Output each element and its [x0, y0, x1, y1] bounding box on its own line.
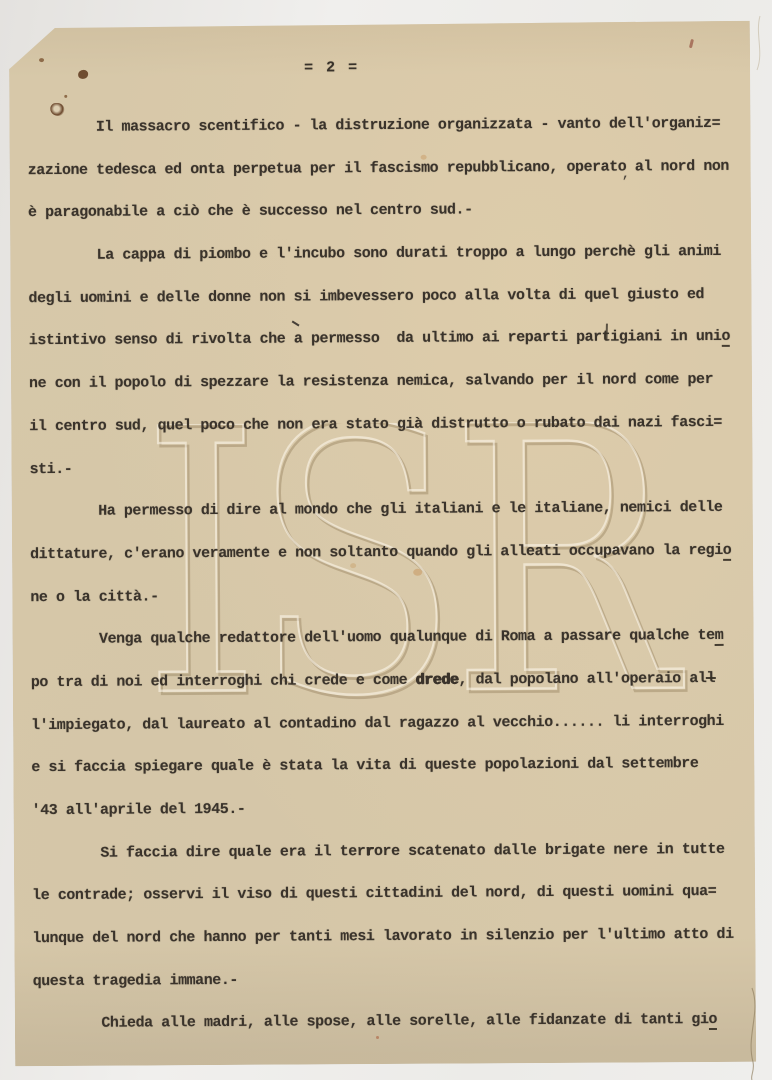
typed-line: dittature, c'erano veramente e non solta…	[30, 530, 732, 577]
stain-speck	[64, 95, 67, 98]
typed-line: Chieda alle madri, alle spose, alle sore…	[33, 999, 735, 1046]
stain-tick	[689, 39, 694, 48]
typed-line: '43 all'aprile del 1945.-	[32, 786, 734, 833]
typed-line: La cappa di piombo e l'incubo sono durat…	[28, 231, 730, 278]
typed-line: degli uomini e delle donne non si imbeve…	[28, 274, 730, 321]
typed-line: po tra di noi ed interroghi chi crede e …	[31, 658, 733, 705]
paper-sheet: ISR ISR = 2 = Il massacro scentifico - l…	[9, 21, 756, 1067]
typed-line: Si faccia dire quale era il terrore scat…	[32, 829, 734, 876]
typed-line: Venga qualche redattore dell'uomo qualun…	[30, 615, 732, 662]
typed-line: lunque del nord che hanno per tanti mesi…	[32, 914, 734, 961]
page-number: = 2 =	[9, 57, 654, 78]
hair-fiber-top	[757, 16, 760, 70]
scan-background: { "page_number": "= 2 =", "watermark_tex…	[0, 0, 772, 1080]
typed-line: le contrade; osservi il viso di questi c…	[32, 871, 734, 918]
typed-line: Il massacro scentifico - la distruzione …	[27, 103, 729, 150]
typed-line: ne o la città.-	[30, 572, 732, 619]
typed-line: zazione tedesca ed onta perpetua per il …	[28, 146, 730, 193]
typed-line: è paragonabile a ciò che è successo nel …	[28, 188, 730, 235]
typed-line: l'impiegato, dal laureato al contadino d…	[31, 700, 733, 747]
typed-line: questa tragedia immane.-	[33, 957, 735, 1004]
typed-line: e si faccia spiegare quale è stata la vi…	[31, 743, 733, 790]
typed-text-block: Il massacro scentifico - la distruzione …	[27, 103, 734, 1046]
typed-line: sti.-	[29, 444, 731, 491]
typed-line: ne con il popolo di spezzare la resisten…	[29, 359, 731, 406]
typed-line: Ha permesso di dire al mondo che gli ita…	[30, 487, 732, 534]
typed-line: istintivo senso di rivolta che a permess…	[29, 316, 731, 363]
typed-line: il centro sud, quel poco che non era sta…	[29, 402, 731, 449]
